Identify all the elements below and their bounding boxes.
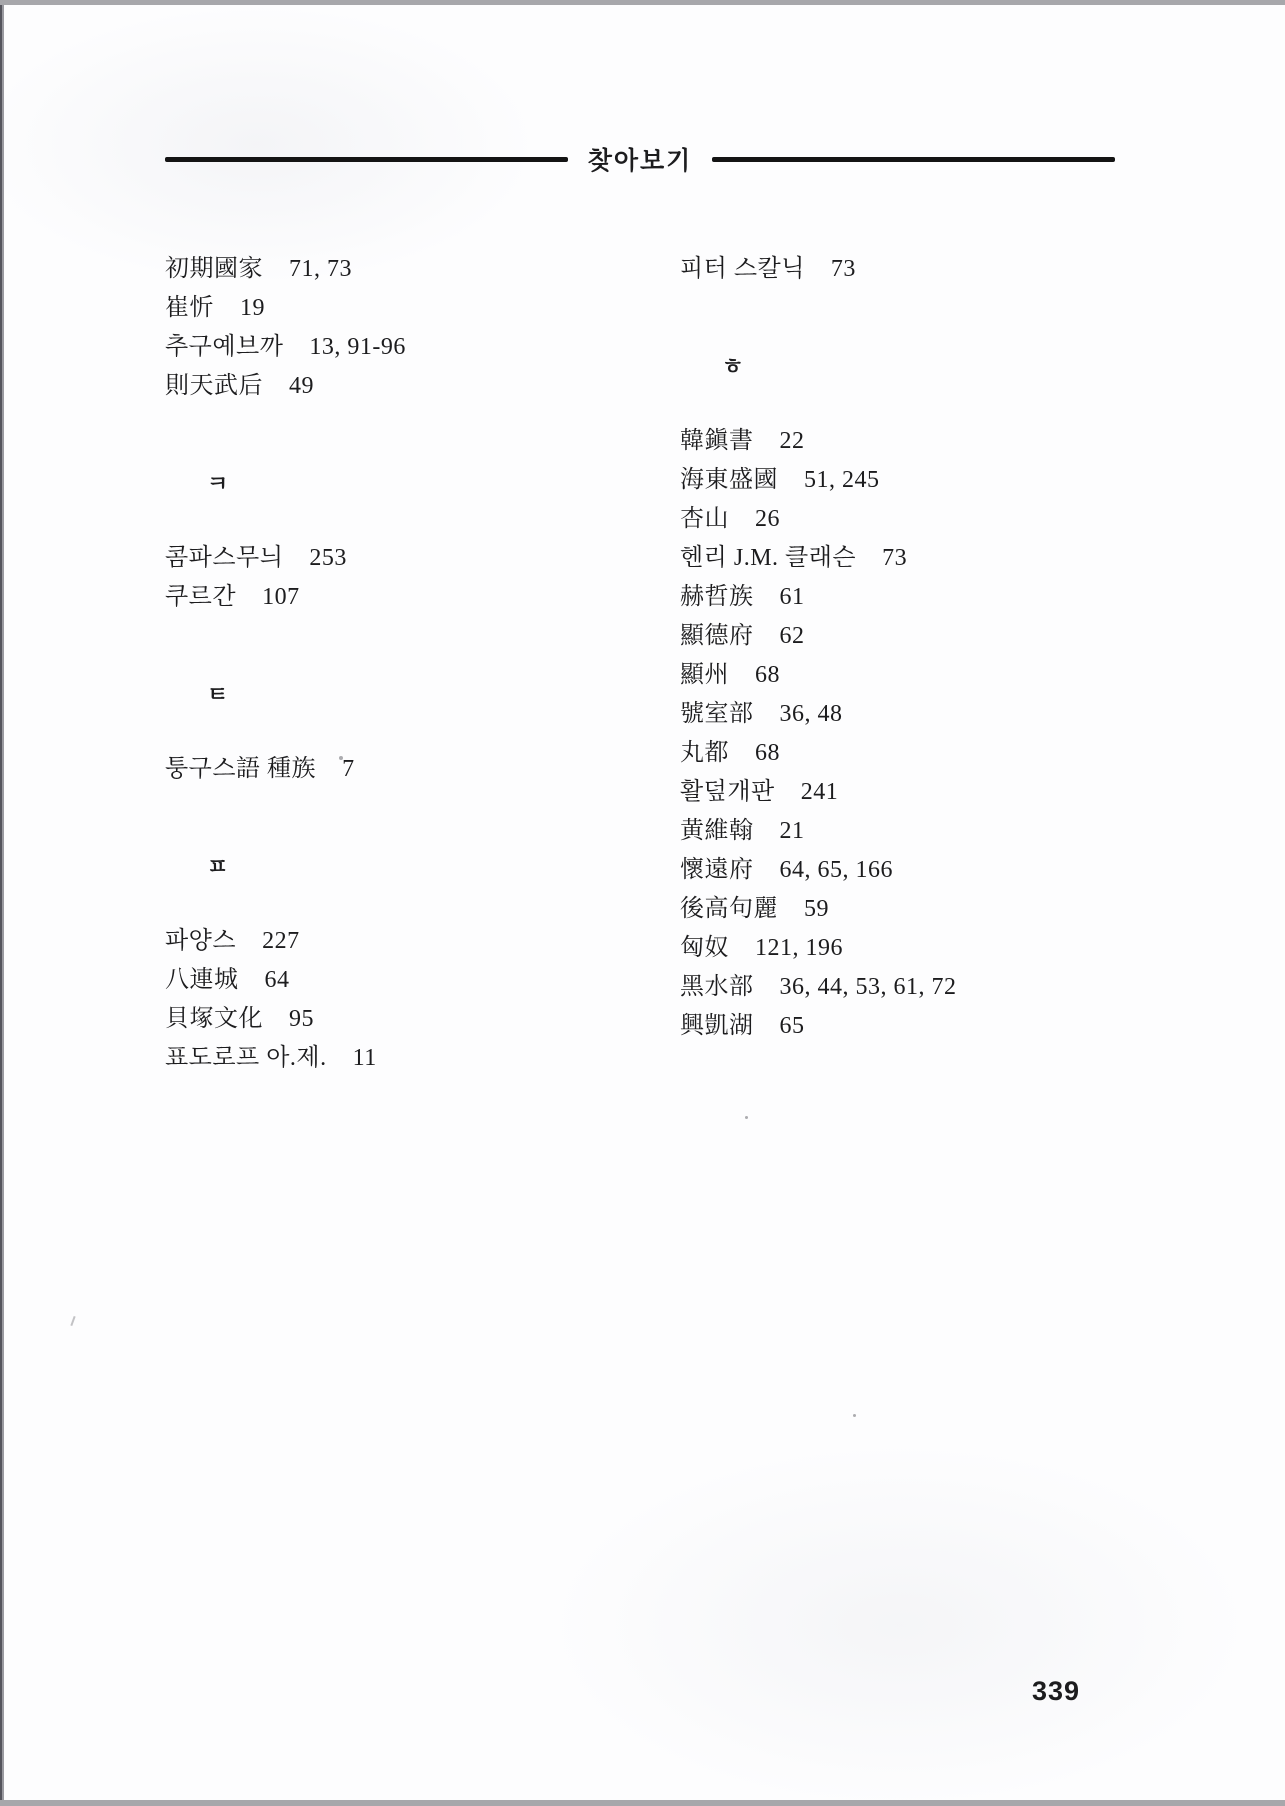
- entry-term: 八連城: [165, 967, 239, 993]
- section-letter: ㅎ: [722, 347, 1180, 386]
- scan-artifact-dot: [853, 1414, 856, 1417]
- entry-term: 韓鎭書: [680, 428, 754, 454]
- entry-pages: 68: [755, 662, 780, 688]
- index-entry: 初期國家71, 73: [165, 250, 635, 289]
- scan-artifact-dot: [745, 1116, 748, 1119]
- index-entry: 匈奴121, 196: [680, 929, 1180, 968]
- index-entry: 興凱湖65: [680, 1007, 1180, 1046]
- index-entry: 顯德府62: [680, 617, 1180, 656]
- index-entry: 콤파스무늬253: [165, 539, 635, 578]
- entry-pages: 22: [780, 428, 805, 454]
- entry-pages: 71, 73: [289, 256, 352, 282]
- entry-term: 懷遠府: [680, 857, 754, 883]
- entry-term: 피터 스칼닉: [680, 256, 805, 282]
- index-entry: 헨리 J.M. 클래슨73: [680, 539, 1180, 578]
- entry-term: 海東盛國: [680, 467, 778, 493]
- index-entry: 黄維翰21: [680, 812, 1180, 851]
- index-column-left: 初期國家71, 73崔忻19추구예브까13, 91-96則天武后49ㅋ콤파스무늬…: [165, 250, 635, 1078]
- section-letter: ㅋ: [207, 464, 635, 503]
- entry-pages: 26: [755, 506, 780, 532]
- entry-term: 則天武后: [165, 373, 263, 399]
- entry-term: 黑水部: [680, 974, 754, 1000]
- index-entry: 표도로프 아.제.11: [165, 1039, 635, 1078]
- index-entry: 杏山26: [680, 500, 1180, 539]
- entry-pages: 68: [755, 740, 780, 766]
- index-header: 찾아보기: [165, 141, 1115, 177]
- entry-term: 헨리 J.M. 클래슨: [680, 545, 856, 571]
- index-entry: 顯州68: [680, 656, 1180, 695]
- entry-term: 初期國家: [165, 256, 263, 282]
- page-number: 339: [1032, 1676, 1080, 1707]
- entry-pages: 19: [240, 295, 265, 321]
- index-entry: 黑水部36, 44, 53, 61, 72: [680, 968, 1180, 1007]
- entry-pages: 13, 91-96: [309, 334, 406, 360]
- scan-edge-top: [0, 0, 1285, 5]
- index-entry: 懷遠府64, 65, 166: [680, 851, 1180, 890]
- entry-pages: 59: [804, 896, 829, 922]
- entry-pages: 49: [289, 373, 314, 399]
- entry-pages: 11: [353, 1045, 377, 1071]
- entry-term: 貝塚文化: [165, 1006, 263, 1032]
- entry-pages: 253: [309, 545, 347, 571]
- entry-term: 興凱湖: [680, 1013, 754, 1039]
- scanned-index-page: 찾아보기 初期國家71, 73崔忻19추구예브까13, 91-96則天武后49ㅋ…: [0, 0, 1285, 1806]
- entry-pages: 73: [831, 256, 856, 282]
- entry-term: 號室部: [680, 701, 754, 727]
- entry-term: 黄維翰: [680, 818, 754, 844]
- scan-artifact-mark: [70, 1316, 75, 1326]
- index-entry: 崔忻19: [165, 289, 635, 328]
- header-rule-left: [165, 157, 568, 162]
- entry-pages: 73: [882, 545, 907, 571]
- entry-term: 丸都: [680, 740, 729, 766]
- entry-term: 콤파스무늬: [165, 545, 283, 571]
- header-rule-right: [712, 157, 1115, 162]
- entry-term: 顯德府: [680, 623, 754, 649]
- entry-term: 표도로프 아.제.: [165, 1045, 327, 1071]
- entry-pages: 21: [780, 818, 805, 844]
- entry-term: 퉁구스語 種族: [165, 756, 316, 782]
- entry-pages: 227: [262, 928, 300, 954]
- entry-term: 파양스: [165, 928, 236, 954]
- entry-pages: 107: [262, 584, 300, 610]
- index-entry: 쿠르간107: [165, 578, 635, 617]
- entry-term: 杏山: [680, 506, 729, 532]
- section-letter: ㅍ: [207, 847, 635, 886]
- entry-term: 쿠르간: [165, 584, 236, 610]
- scan-artifact-dot: [339, 756, 343, 760]
- index-entry: 피터 스칼닉73: [680, 250, 1180, 289]
- scan-edge-bottom: [0, 1800, 1285, 1806]
- index-column-right: 피터 스칼닉73ㅎ韓鎭書22海東盛國51, 245杏山26헨리 J.M. 클래슨…: [680, 250, 1180, 1046]
- entry-pages: 241: [801, 779, 839, 805]
- entry-term: 後高句麗: [680, 896, 778, 922]
- index-entry: 추구예브까13, 91-96: [165, 328, 635, 367]
- page-title: 찾아보기: [584, 141, 697, 177]
- index-entry: 則天武后49: [165, 367, 635, 406]
- entry-term: 顯州: [680, 662, 729, 688]
- entry-pages: 64, 65, 166: [780, 857, 894, 883]
- entry-pages: 36, 48: [780, 701, 843, 727]
- index-entry: 海東盛國51, 245: [680, 461, 1180, 500]
- index-entry: 퉁구스語 種族7: [165, 750, 635, 789]
- entry-pages: 65: [780, 1013, 805, 1039]
- entry-term: 赫哲族: [680, 584, 754, 610]
- entry-pages: 36, 44, 53, 61, 72: [780, 974, 957, 1000]
- entry-term: 崔忻: [165, 295, 214, 321]
- entry-pages: 62: [780, 623, 805, 649]
- index-entry: 丸都68: [680, 734, 1180, 773]
- section-letter: ㅌ: [207, 675, 635, 714]
- entry-pages: 51, 245: [804, 467, 880, 493]
- index-entry: 後高句麗59: [680, 890, 1180, 929]
- index-entry: 八連城64: [165, 961, 635, 1000]
- index-entry: 號室部36, 48: [680, 695, 1180, 734]
- index-entry: 赫哲族61: [680, 578, 1180, 617]
- entry-pages: 121, 196: [755, 935, 843, 961]
- index-entry: 파양스227: [165, 922, 635, 961]
- entry-term: 추구예브까: [165, 334, 283, 360]
- entry-term: 匈奴: [680, 935, 729, 961]
- entry-pages: 64: [265, 967, 290, 993]
- entry-pages: 95: [289, 1006, 314, 1032]
- index-entry: 韓鎭書22: [680, 422, 1180, 461]
- entry-term: 활덮개판: [680, 779, 775, 805]
- entry-pages: 61: [780, 584, 805, 610]
- entry-pages: 7: [342, 756, 355, 782]
- index-entry: 활덮개판241: [680, 773, 1180, 812]
- index-entry: 貝塚文化95: [165, 1000, 635, 1039]
- scan-edge-left: [0, 5, 4, 1800]
